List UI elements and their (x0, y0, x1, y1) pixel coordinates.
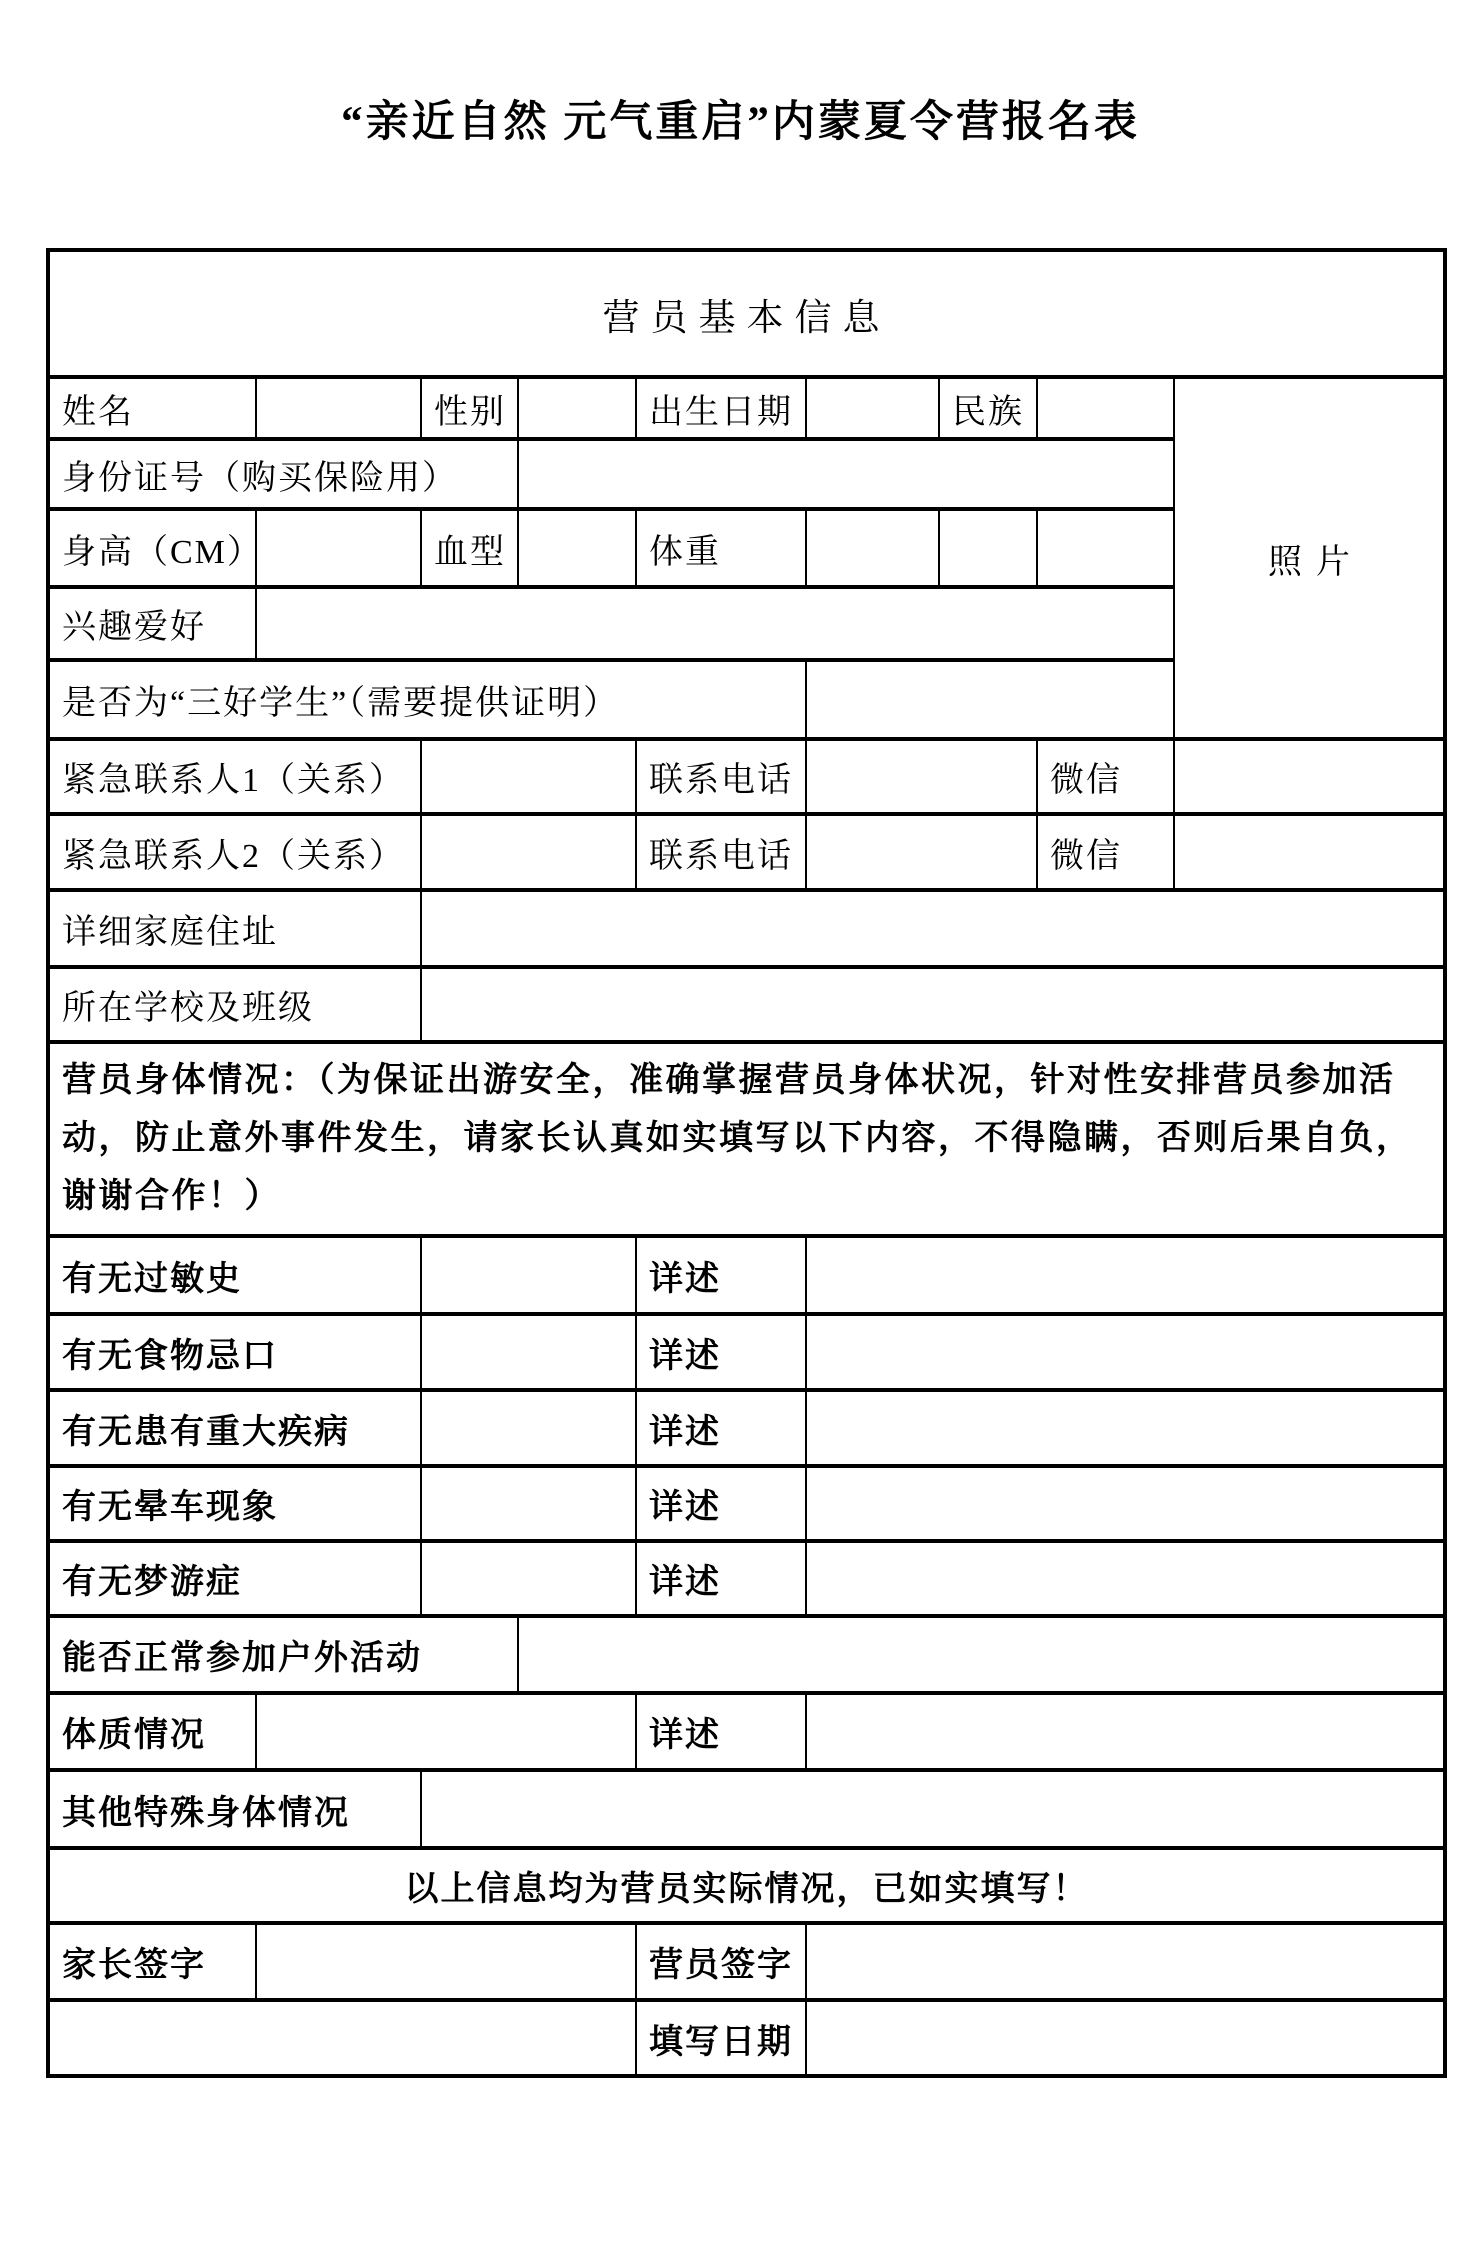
allergy-detail-input-cell[interactable] (806, 1236, 1445, 1314)
body-extra-cell-2[interactable] (1037, 509, 1174, 587)
contact1-phone-label: 联系电话 (636, 739, 806, 814)
allergy-detail-label: 详述 (636, 1236, 806, 1314)
gender-input-cell[interactable] (518, 377, 636, 439)
id-number-input-cell[interactable] (518, 439, 1174, 509)
parent-signature-input-cell[interactable] (256, 1923, 636, 2000)
constitution-label: 体质情况 (48, 1693, 256, 1770)
outdoor-activity-label: 能否正常参加户外活动 (48, 1616, 518, 1693)
constitution-detail-input-cell[interactable] (806, 1693, 1445, 1770)
merit-student-input-cell[interactable] (806, 660, 1174, 739)
hobbies-input-cell[interactable] (256, 587, 1174, 660)
contact2-phone-label: 联系电话 (636, 814, 806, 890)
date-row-blank-cell[interactable] (48, 2000, 636, 2076)
blood-type-label: 血型 (421, 509, 518, 587)
birth-date-input-cell[interactable] (806, 377, 939, 439)
sleepwalking-label: 有无梦游症 (48, 1541, 421, 1616)
school-class-label: 所在学校及班级 (48, 967, 421, 1042)
blood-type-input-cell[interactable] (518, 509, 636, 587)
sleepwalking-detail-input-cell[interactable] (806, 1541, 1445, 1616)
parent-signature-label: 家长签字 (48, 1923, 256, 2000)
contact2-label: 紧急联系人2（关系） (48, 814, 421, 890)
contact2-name-input-cell[interactable] (421, 814, 636, 890)
contact2-wechat-label: 微信 (1037, 814, 1174, 890)
registration-table: 营员基本信息 姓名 性别 出生日期 民族 照片 身份证号（购买保险用） 身高（C… (46, 248, 1447, 2078)
allergy-input-cell[interactable] (421, 1236, 636, 1314)
id-number-label: 身份证号（购买保险用） (48, 439, 518, 509)
contact2-wechat-input-cell[interactable] (1174, 814, 1445, 890)
major-disease-label: 有无患有重大疾病 (48, 1390, 421, 1466)
food-taboo-input-cell[interactable] (421, 1314, 636, 1390)
major-disease-detail-label: 详述 (636, 1390, 806, 1466)
birth-date-label: 出生日期 (636, 377, 806, 439)
major-disease-detail-input-cell[interactable] (806, 1390, 1445, 1466)
other-conditions-label: 其他特殊身体情况 (48, 1770, 421, 1848)
hobbies-label: 兴趣爱好 (48, 587, 256, 660)
weight-label: 体重 (636, 509, 806, 587)
section-header-basic-info: 营员基本信息 (48, 250, 1445, 377)
contact1-name-input-cell[interactable] (421, 739, 636, 814)
gender-label: 性别 (421, 377, 518, 439)
name-input-cell[interactable] (256, 377, 421, 439)
fill-date-label: 填写日期 (636, 2000, 806, 2076)
weight-input-cell[interactable] (806, 509, 939, 587)
form-title: “亲近自然 元气重启”内蒙夏令营报名表 (0, 88, 1481, 149)
height-input-cell[interactable] (256, 509, 421, 587)
declaration-text: 以上信息均为营员实际情况，已如实填写！ (48, 1848, 1445, 1923)
motion-sickness-input-cell[interactable] (421, 1466, 636, 1541)
constitution-input-cell[interactable] (256, 1693, 636, 1770)
food-taboo-detail-input-cell[interactable] (806, 1314, 1445, 1390)
camper-signature-label: 营员签字 (636, 1923, 806, 2000)
contact1-phone-input-cell[interactable] (806, 739, 1037, 814)
motion-sickness-label: 有无晕车现象 (48, 1466, 421, 1541)
photo-cell: 照片 (1174, 377, 1445, 739)
food-taboo-detail-label: 详述 (636, 1314, 806, 1390)
fill-date-input-cell[interactable] (806, 2000, 1445, 2076)
camper-signature-input-cell[interactable] (806, 1923, 1445, 2000)
constitution-detail-label: 详述 (636, 1693, 806, 1770)
contact1-label: 紧急联系人1（关系） (48, 739, 421, 814)
home-address-label: 详细家庭住址 (48, 890, 421, 967)
sleepwalking-detail-label: 详述 (636, 1541, 806, 1616)
allergy-label: 有无过敏史 (48, 1236, 421, 1314)
body-extra-cell-1[interactable] (939, 509, 1037, 587)
sleepwalking-input-cell[interactable] (421, 1541, 636, 1616)
other-conditions-input-cell[interactable] (421, 1770, 1445, 1848)
height-label: 身高（CM） (48, 509, 256, 587)
contact1-wechat-label: 微信 (1037, 739, 1174, 814)
outdoor-activity-input-cell[interactable] (518, 1616, 1445, 1693)
contact2-phone-input-cell[interactable] (806, 814, 1037, 890)
form-page: “亲近自然 元气重启”内蒙夏令营报名表 营员基本信息 姓名 性别 出生日期 民族… (0, 0, 1481, 2244)
contact1-wechat-input-cell[interactable] (1174, 739, 1445, 814)
school-class-input-cell[interactable] (421, 967, 1445, 1042)
home-address-input-cell[interactable] (421, 890, 1445, 967)
food-taboo-label: 有无食物忌口 (48, 1314, 421, 1390)
name-label: 姓名 (48, 377, 256, 439)
motion-sickness-detail-label: 详述 (636, 1466, 806, 1541)
ethnicity-label: 民族 (939, 377, 1037, 439)
motion-sickness-detail-input-cell[interactable] (806, 1466, 1445, 1541)
merit-student-label: 是否为“三好学生”（需要提供证明） (48, 660, 806, 739)
health-intro-paragraph: 营员身体情况：（为保证出游安全，准确掌握营员身体状况，针对性安排营员参加活动，防… (48, 1042, 1445, 1236)
major-disease-input-cell[interactable] (421, 1390, 636, 1466)
ethnicity-input-cell[interactable] (1037, 377, 1174, 439)
